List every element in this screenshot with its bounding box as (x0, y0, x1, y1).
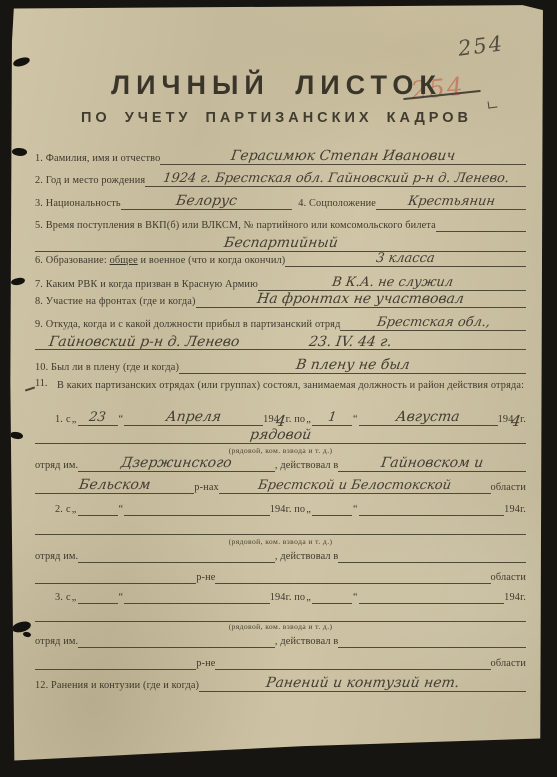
form-row-education: 6. Образование: общее и военное (что и к… (35, 251, 526, 267)
ink-blot (22, 631, 31, 638)
entry-3-position-row (35, 606, 526, 622)
acted-line (338, 631, 526, 648)
district-label: р-не (196, 573, 215, 584)
year-prefix: 194 (270, 505, 286, 516)
form-row-rvk: 7. Каким РВК и когда призван в Красную А… (35, 275, 526, 291)
quote: “ (353, 593, 358, 604)
oblast-label: области (491, 483, 526, 494)
day-to-line: 1 (312, 409, 352, 426)
month-from-line (124, 587, 269, 604)
entry-3-district-row: р-не области (35, 654, 526, 670)
social-position-value: Крестьянин (407, 196, 496, 208)
pencil-check-mark (488, 100, 498, 108)
acted-label: , действовал в (275, 637, 339, 648)
party-label: 5. Время поступления в ВКП(б) или ВЛКСМ,… (35, 221, 436, 232)
position-line: рядовой (35, 427, 526, 444)
entry-1-district-row: Бельском р-нах Брестской и Белостокской … (35, 478, 526, 494)
acted-label: , действовал в (275, 552, 339, 563)
social-position-label: 4. Соцположение (298, 199, 376, 210)
acted-value-2: Бельском (78, 479, 151, 492)
form-content: 254 254 ЛИЧНЫЙ ЛИСТОК ПО УЧЕТУ ПАРТИЗАНС… (9, 4, 544, 762)
oblast-label: области (491, 573, 526, 584)
acted-line: Гайновском и (338, 455, 526, 472)
oblast-label: области (491, 659, 526, 670)
quote: „ (306, 505, 311, 516)
month-to-line: Августа (359, 409, 498, 426)
form-row-detachments: 11. В каких партизанских отрядах (или гр… (35, 378, 526, 410)
name-value: Герасимюк Степан Иванович (230, 150, 456, 163)
education-label: 6. Образование: общее и военное (что и к… (35, 256, 285, 267)
pencil-page-number: 254 (457, 31, 506, 60)
arrival-value: Брестская обл., (376, 317, 491, 329)
position-caption: (рядовой, ком. взвода и т. д.) (35, 537, 526, 546)
form-row-name: 1. Фамилия, имя и отчество Герасимюк Сте… (35, 149, 526, 165)
position-caption: (рядовой, ком. взвода и т. д.) (35, 446, 526, 455)
detachment-label: отряд им. (35, 461, 78, 472)
form-row-fronts: 8. Участие на фронтах (где и когда) На ф… (35, 292, 526, 308)
wounds-line: Ранений и контузий нет. (199, 675, 526, 692)
year-from-value: 4 (275, 414, 287, 428)
day-from-line (78, 587, 118, 604)
entry-1-position-row: рядовой (35, 428, 526, 444)
form-row-wounds: 12. Ранения и контузии (где и когда) Ран… (35, 674, 526, 692)
birth-line: 1924 г. Брестская обл. Гайновский р-н д.… (145, 170, 526, 187)
acted-line-2 (35, 567, 196, 584)
fronts-label: 8. Участие на фронтах (где и когда) (35, 297, 196, 308)
year-suffix: г. (520, 593, 526, 604)
from-label: с (66, 505, 71, 516)
form-row-arrival-2: Гайновский р-н д. Ленево 23. IV. 44 г. (35, 334, 526, 350)
ink-blot (9, 431, 23, 441)
to-label: г. по (286, 593, 306, 604)
detachment-line: Дзержинского (78, 455, 275, 472)
detachment-label: отряд им. (35, 552, 78, 563)
form-row-arrival: 9. Откуда, когда и с какой должности при… (35, 315, 526, 331)
acted-line-2 (35, 653, 196, 670)
party-line (436, 231, 526, 232)
quote: „ (72, 415, 77, 426)
entry-3-detachment-row: отряд им. , действовал в (35, 632, 526, 648)
quote: “ (119, 593, 124, 604)
quote: “ (119, 505, 124, 516)
entry-2-detachment-row: отряд им. , действовал в (35, 547, 526, 563)
entry-3-dates-row: 3. с „ “ 194 г. по „ “ 194 г. (35, 586, 526, 604)
acted-label: , действовал в (275, 461, 339, 472)
acted-line-2: Бельском (35, 477, 194, 494)
arrival-line: Брестская обл., (340, 314, 526, 331)
month-to-line (359, 499, 504, 516)
quote: “ (353, 505, 358, 516)
form-row-birth: 2. Год и место рождения 1924 г. Брестска… (35, 171, 526, 187)
entry-2-district-row: р-не области (35, 568, 526, 584)
quote: „ (306, 415, 311, 426)
to-label: г. по (286, 505, 306, 516)
document-title: ЛИЧНЫЙ ЛИСТОК (9, 70, 544, 101)
detachment-value: Дзержинского (120, 457, 232, 470)
document-subtitle: ПО УЧЕТУ ПАРТИЗАНСКИХ КАДРОВ (9, 110, 544, 126)
month-to-value: Августа (396, 411, 461, 424)
name-label: 1. Фамилия, имя и отчество (35, 154, 160, 165)
day-to-line (312, 499, 352, 516)
document-paper: 254 254 ЛИЧНЫЙ ЛИСТОК ПО УЧЕТУ ПАРТИЗАНС… (9, 4, 544, 762)
detachment-label: отряд им. (35, 637, 78, 648)
quote: “ (353, 415, 358, 426)
arrival-date-value: 23. IV. 44 г. (308, 336, 392, 349)
arrival-line-2: Гайновский р-н д. Ленево 23. IV. 44 г. (35, 336, 526, 350)
day-to-line (312, 587, 352, 604)
entry-2-position-row (35, 519, 526, 535)
position-line (35, 518, 526, 535)
acted-line (338, 546, 526, 563)
captivity-value: В плену не был (295, 359, 410, 372)
birth-label: 2. Год и место рождения (35, 176, 145, 187)
education-value: 3 класса (376, 253, 436, 265)
district-label: р-не (196, 659, 215, 670)
name-line: Герасимюк Степан Иванович (160, 148, 526, 165)
day-from-line: 23 (78, 409, 118, 426)
wounds-value: Ранений и контузий нет. (265, 677, 460, 690)
year-suffix: г. (520, 505, 526, 516)
entry-2-dates-row: 2. с „ “ 194 г. по „ “ 194 г. (35, 498, 526, 516)
year-to-value: 4 (510, 414, 522, 428)
year-prefix: 194 (504, 505, 520, 516)
day-from-value: 23 (88, 412, 106, 424)
acted-value: Гайновском и (380, 457, 484, 470)
detachments-label: В каких партизанских отрядах (или группа… (57, 378, 526, 394)
quote: „ (306, 593, 311, 604)
to-label: г. по (286, 415, 306, 426)
birth-value: 1924 г. Брестская обл. Гайновский р-н д.… (162, 173, 510, 185)
fronts-line: На фронтах не участвовал (196, 291, 526, 308)
position-value: рядовой (249, 429, 312, 442)
quote: „ (72, 593, 77, 604)
form-row-party: 5. Время поступления в ВКП(б) или ВЛКСМ,… (35, 216, 526, 232)
entry-1-dates-row: 1. с „ 23 “ Апреля 194 4 г. по „ 1 “ Авг… (35, 408, 526, 426)
entry-number: 2. (55, 505, 63, 516)
month-from-value: Апреля (165, 411, 222, 424)
form-row-nationality-social: 3. Национальность Белорус 4. Соцположени… (35, 194, 526, 210)
entry-1-detachment-row: отряд им. Дзержинского , действовал в Га… (35, 456, 526, 472)
month-to-line (359, 587, 504, 604)
ink-blot (12, 56, 30, 67)
nationality-line: Белорус (121, 193, 293, 210)
rvk-label: 7. Каким РВК и когда призван в Красную А… (35, 280, 258, 291)
detachment-line (78, 631, 275, 648)
nationality-value: Белорус (175, 195, 238, 208)
form-row-captivity: 10. Был ли в плену (где и когда) В плену… (35, 358, 526, 374)
arrival-place-value: Гайновский р-н д. Ленево (48, 336, 240, 349)
entry-number: 1. (55, 415, 63, 426)
from-label: с (66, 415, 71, 426)
fronts-value: На фронтах не участвовал (256, 293, 465, 306)
party-value: Беспартийный (223, 237, 339, 250)
ink-blot (12, 147, 28, 157)
social-position-line: Крестьянин (376, 193, 526, 210)
rvk-line: В К.А. не служил (258, 274, 526, 291)
year-prefix: 194 (504, 593, 520, 604)
ink-blot (11, 277, 26, 285)
rvk-value: В К.А. не служил (331, 277, 454, 289)
arrival-label: 9. Откуда, когда и с какой должности при… (35, 320, 340, 331)
district-value: Брестской и Белостокской (257, 480, 452, 492)
education-line: 3 класса (285, 250, 526, 267)
entry-number: 3. (55, 593, 63, 604)
pencil-dash (25, 387, 35, 392)
position-caption: (рядовой, ком. взвода и т. д.) (35, 622, 526, 631)
district-line (215, 567, 490, 584)
detachment-line (78, 546, 275, 563)
quote: „ (72, 505, 77, 516)
day-to-value: 1 (327, 412, 337, 424)
quote: “ (119, 415, 124, 426)
month-from-line: Апреля (124, 409, 263, 426)
district-label: р-нах (194, 483, 219, 494)
detachments-number: 11. (35, 378, 57, 389)
nationality-label: 3. Национальность (35, 199, 121, 210)
district-line (215, 653, 490, 670)
captivity-label: 10. Был ли в плену (где и когда) (35, 363, 179, 374)
year-prefix: 194 (270, 593, 286, 604)
district-line: Брестской и Белостокской (219, 477, 491, 494)
wounds-label: 12. Ранения и контузии (где и когда) (35, 681, 199, 692)
from-label: с (66, 593, 71, 604)
month-from-line (124, 499, 269, 516)
position-line (35, 605, 526, 622)
captivity-line: В плену не был (179, 357, 526, 374)
day-from-line (78, 499, 118, 516)
